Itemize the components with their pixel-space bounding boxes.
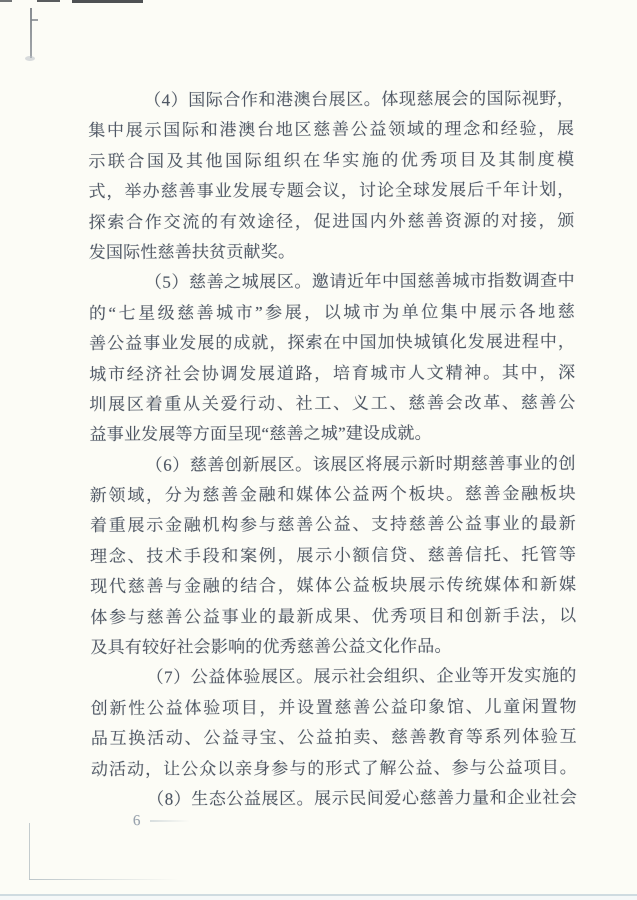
text-line: 动活动，让公众以亲身参与的形式了解公益、参与公益项目。 <box>91 752 577 785</box>
scan-edge-mark-top-a <box>37 0 60 2</box>
text-line: 善公益事业发展的成就，探索在中国加快城镇化发展进程中， <box>89 327 575 360</box>
text-line: 新领域，分为慈善金融和媒体公益两个板块。慈善金融板块 <box>90 479 576 512</box>
registration-mark-vertical-line <box>30 8 32 58</box>
page-bottom-margin <box>0 896 637 900</box>
text-line: （8）生态公益展区。展示民间爱心慈善力量和企业社会 <box>91 783 577 816</box>
registration-mark-hook <box>31 19 38 21</box>
page-number: 6 <box>133 813 141 830</box>
text-line: （5）慈善之城展区。邀请近年中国慈善城市指数调查中 <box>89 266 575 299</box>
scan-edge-mark-top-left <box>0 0 12 2</box>
document-text-block: （4）国际合作和港澳台展区。体现慈展会的国际视野，集中展示国际和港澳台地区慈善公… <box>88 84 577 815</box>
text-line: 式，举办慈善事业发展专题会议，讨论全球发展后千年计划， <box>88 175 574 208</box>
text-line: 发国际性慈善扶贫贡献奖。 <box>89 236 575 269</box>
text-line: 集中展示国际和港澳台地区慈善公益领域的理念和经验，展 <box>88 114 574 147</box>
text-line: 益事业发展等方面呈现“慈善之城”建设成就。 <box>89 418 575 451</box>
text-line: 着重展示金融机构参与慈善公益、支持慈善公益事业的最新 <box>90 509 576 542</box>
page-bottom-edge-line <box>0 894 637 896</box>
text-line: 圳展区着重从关爱行动、社工、义工、慈善会改革、慈善公 <box>89 388 575 421</box>
scan-smudge-blob <box>25 56 35 61</box>
text-line: 理念、技术手段和案例，展示小额信贷、慈善信托、托管等 <box>90 540 576 573</box>
text-line: 体参与慈善公益事业的最新成果、优秀项目和创新手法，以 <box>90 601 576 634</box>
text-line: 探索合作交流的有效途径，促进国内外慈善资源的对接，颁 <box>89 205 575 238</box>
scanned-document-page: { "colors":{ "paper":"#fcfcf6", "ink":"#… <box>0 0 637 900</box>
text-line: 的“七星级慈善城市”参展，以城市为单位集中展示各地慈 <box>89 297 575 330</box>
text-line: 城市经济社会协调发展道路，培育城市人文精神。其中，深 <box>89 357 575 390</box>
text-line: 示联合国及其他国际组织在华实施的优秀项目及其制度模 <box>88 145 574 178</box>
scan-smudge-dash <box>150 820 190 822</box>
scan-edge-mark-top-b <box>72 0 143 3</box>
text-line: 及具有较好社会影响的优秀慈善公益文化作品。 <box>90 631 576 664</box>
text-line: （6）慈善创新展区。该展区将展示新时期慈善事业的创 <box>90 449 576 482</box>
text-line: （7）公益体验展区。展示社会组织、企业等开发实施的 <box>91 661 577 694</box>
page-corner-vertical-line <box>29 823 30 880</box>
text-line: 现代慈善与金融的结合，媒体公益板块展示传统媒体和新媒 <box>90 570 576 603</box>
text-line: 创新性公益体验项目，并设置慈善公益印象馆、儿童闲置物 <box>91 692 577 725</box>
page-corner-horizontal-line <box>29 879 179 880</box>
text-line: （4）国际合作和港澳台展区。体现慈展会的国际视野， <box>88 84 574 117</box>
text-line: 品互换活动、公益寻宝、公益拍卖、慈善教育等系列体验互 <box>91 722 577 755</box>
